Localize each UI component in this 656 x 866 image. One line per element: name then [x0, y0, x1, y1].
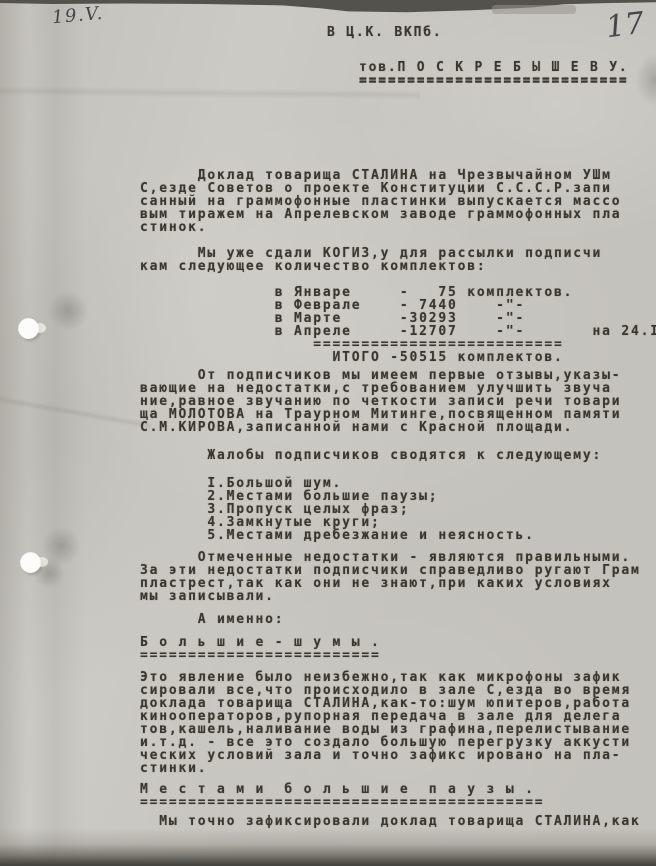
recipient-underline: ============================	[359, 74, 629, 87]
feedback-paragraph: От подписчиков мы имеем первые отзывы,ук…	[140, 369, 621, 434]
document-page: 19.V. 17 В Ц.К. ВКПб. тов.П О С К Р Е Б …	[0, 0, 656, 866]
right-corner-shade	[636, 54, 656, 106]
big-noise-heading: Б о л ь ш и е - ш у м ы . ==============…	[140, 636, 381, 662]
intro-paragraph: Доклад товарища СТАЛИНА на Чрезвычайном …	[140, 169, 621, 234]
torn-top-edge-shadow	[492, 5, 576, 14]
namely-line: А именно:	[140, 613, 284, 626]
ink-smudge	[46, 292, 90, 330]
kogiz-paragraph: Мы уже сдали КОГИЗ,у для рассылки подпис…	[140, 247, 602, 273]
assessment-paragraph: Отмеченные недостатки - являются правиль…	[140, 551, 641, 603]
pauses-heading: М е с т а м и б о л ь ш и е п а у з ы . …	[140, 783, 544, 809]
vertical-crease	[30, 0, 86, 866]
punch-hole-top	[18, 318, 39, 339]
noise-paragraph: Это явление было неизбежно,так как микро…	[140, 671, 631, 775]
closing-line: Мы точно зафиксировали доклад товарища С…	[140, 815, 641, 828]
complaints-intro-line: Жалобы подписчиков сводятся к следующему…	[140, 449, 602, 462]
page-bottom-shadow	[0, 828, 656, 866]
handwritten-date: 19.V.	[51, 3, 104, 28]
address-line: В Ц.К. ВКПб.	[327, 26, 443, 39]
shipment-table: в Январе - 75 комплектов. в Феврале - 74…	[140, 286, 656, 364]
left-edge-shade	[0, 0, 26, 866]
punch-hole-bottom	[20, 552, 41, 573]
complaints-list: I.Большой шум. 2.Местами большие паузы; …	[140, 477, 535, 542]
handwritten-page-number: 17	[604, 6, 646, 45]
